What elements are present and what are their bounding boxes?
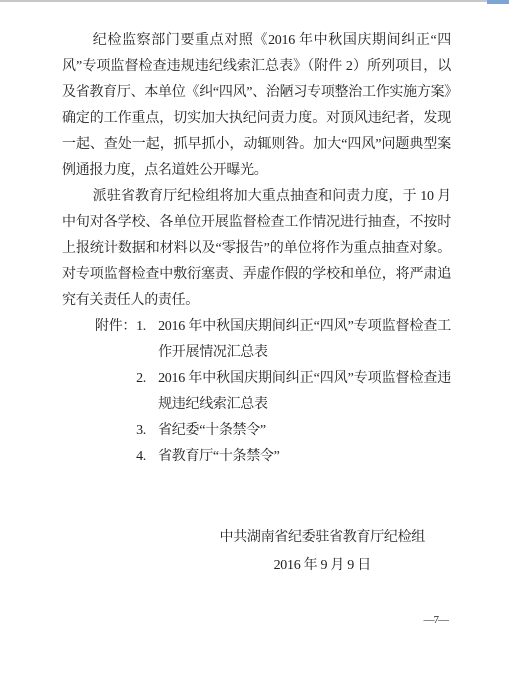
signature-organization: 中共湖南省纪委驻省教育厅纪检组 — [220, 524, 426, 552]
attachments-label: 附件： — [95, 314, 136, 470]
document-page: 纪检监察部门要重点对照《2016 年中秋国庆期间纠正“四风”专项监督检查违规违纪… — [0, 0, 509, 694]
attachment-item: 2. 2016 年中秋国庆期间纠正“四风”专项监督检查违规违纪线索汇总表 — [136, 366, 451, 418]
attachment-item: 4. 省教育厅“十条禁令” — [136, 444, 451, 470]
attachment-title: 省教育厅“十条禁令” — [158, 444, 451, 470]
attachment-number: 1. — [136, 314, 158, 366]
attachment-title: 2016 年中秋国庆期间纠正“四风”专项监督检查工作开展情况汇总表 — [158, 314, 451, 366]
document-body: 纪检监察部门要重点对照《2016 年中秋国庆期间纠正“四风”专项监督检查违规违纪… — [62, 28, 451, 580]
paragraph: 派驻省教育厅纪检组将加大重点抽查和问责力度，于 10 月中旬对各学校、各单位开展… — [62, 184, 451, 314]
attachments-block: 附件： 1. 2016 年中秋国庆期间纠正“四风”专项监督检查工作开展情况汇总表… — [95, 314, 451, 470]
attachments-list: 1. 2016 年中秋国庆期间纠正“四风”专项监督检查工作开展情况汇总表 2. … — [136, 314, 451, 470]
attachment-number: 2. — [136, 366, 158, 418]
attachment-item: 1. 2016 年中秋国庆期间纠正“四风”专项监督检查工作开展情况汇总表 — [136, 314, 451, 366]
attachment-item: 3. 省纪委“十条禁令” — [136, 418, 451, 444]
attachment-number: 3. — [136, 418, 158, 444]
top-right-accent-bar — [487, 0, 509, 4]
signature-block: 中共湖南省纪委驻省教育厅纪检组 2016 年 9 月 9 日 — [220, 524, 426, 580]
signature-date: 2016 年 9 月 9 日 — [220, 552, 426, 580]
top-divider-line — [0, 0, 509, 2]
page-number: —7— — [424, 614, 449, 626]
attachment-title: 省纪委“十条禁令” — [158, 418, 451, 444]
paragraph: 纪检监察部门要重点对照《2016 年中秋国庆期间纠正“四风”专项监督检查违规违纪… — [62, 28, 451, 184]
attachment-number: 4. — [136, 444, 158, 470]
attachment-title: 2016 年中秋国庆期间纠正“四风”专项监督检查违规违纪线索汇总表 — [158, 366, 451, 418]
